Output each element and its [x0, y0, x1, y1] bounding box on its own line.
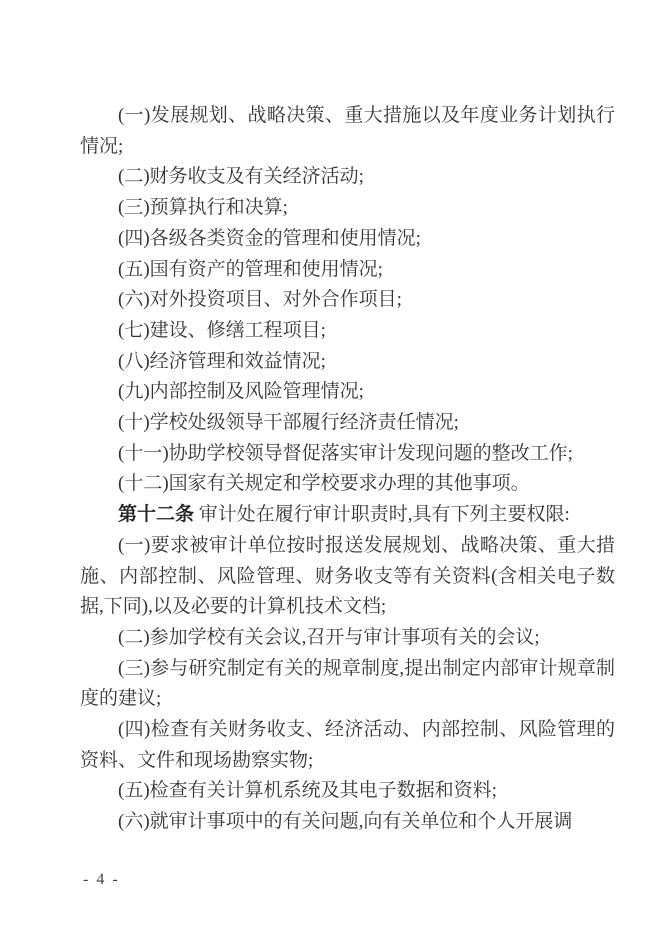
- document-page: (一)发展规划、战略决策、重大措施以及年度业务计划执行情况; (二)财务收支及有…: [0, 0, 668, 945]
- clause-item-2: (二)财务收支及有关经济活动;: [80, 162, 615, 193]
- power-item-6: (六)就审计事项中的有关问题,向有关单位和个人开展调: [80, 807, 615, 838]
- power-item-5: (五)检查有关计算机系统及其电子数据和资料;: [80, 776, 615, 807]
- power-item-3: (三)参与研究制定有关的规章制度,提出制定内部审计规章制度的建议;: [80, 654, 615, 715]
- article-12-heading-paragraph: 第十二条 审计处在履行审计职责时,具有下列主要权限:: [80, 500, 615, 531]
- clause-item-10: (十)学校处级领导干部履行经济责任情况;: [80, 408, 615, 439]
- clause-item-9: (九)内部控制及风险管理情况;: [80, 377, 615, 408]
- power-item-4: (四)检查有关财务收支、经济活动、内部控制、风险管理的资料、文件和现场勘察实物;: [80, 715, 615, 776]
- article-12-text: 审计处在履行审计职责时,具有下列主要权限:: [194, 504, 570, 525]
- clause-item-11: (十一)协助学校领导督促落实审计发现问题的整改工作;: [80, 439, 615, 470]
- document-body: (一)发展规划、战略决策、重大措施以及年度业务计划执行情况; (二)财务收支及有…: [80, 101, 615, 838]
- clause-item-5: (五)国有资产的管理和使用情况;: [80, 255, 615, 286]
- clause-item-1: (一)发展规划、战略决策、重大措施以及年度业务计划执行情况;: [80, 101, 615, 162]
- power-item-1: (一)要求被审计单位按时报送发展规划、战略决策、重大措施、内部控制、风险管理、财…: [80, 531, 615, 623]
- power-item-2: (二)参加学校有关会议,召开与审计事项有关的会议;: [80, 623, 615, 654]
- article-number-label: 第十二条: [118, 504, 194, 525]
- clause-item-12: (十二)国家有关规定和学校要求办理的其他事项。: [80, 469, 615, 500]
- clause-item-6: (六)对外投资项目、对外合作项目;: [80, 285, 615, 316]
- clause-item-8: (八)经济管理和效益情况;: [80, 347, 615, 378]
- clause-item-7: (七)建设、修缮工程项目;: [80, 316, 615, 347]
- clause-item-4: (四)各级各类资金的管理和使用情况;: [80, 224, 615, 255]
- page-number: - 4 -: [83, 869, 120, 891]
- clause-item-3: (三)预算执行和决算;: [80, 193, 615, 224]
